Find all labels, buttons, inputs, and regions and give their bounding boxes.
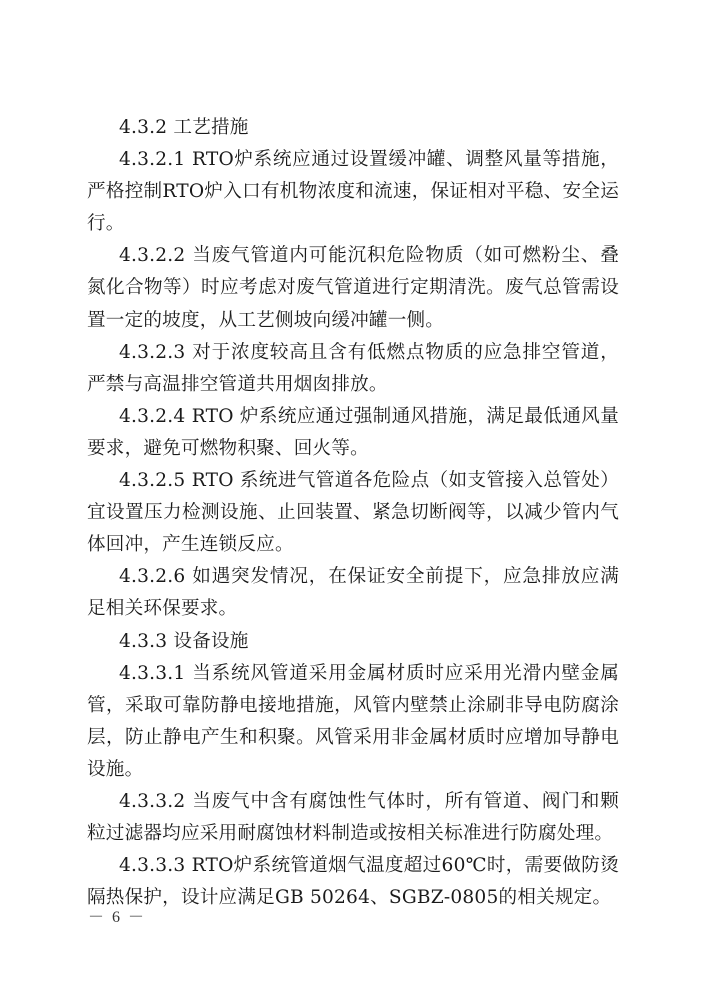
paragraph-4-3-2-5: 4.3.2.5 RTO 系统进气管道各危险点（如支管接入总管处）宜设置压力检测设… xyxy=(87,465,619,561)
paragraph-4-3-3-1: 4.3.3.1 当系统风管道采用金属材质时应采用光滑内壁金属管，采取可靠防静电接… xyxy=(87,658,619,786)
document-body: 4.3.2 工艺措施 4.3.2.1 RTO炉系统应通过设置缓冲罐、调整风量等措… xyxy=(87,112,619,914)
section-heading-4-3-3: 4.3.3 设备设施 xyxy=(87,626,619,658)
section-heading-4-3-2: 4.3.2 工艺措施 xyxy=(87,112,619,144)
paragraph-4-3-2-2: 4.3.2.2 当废气管道内可能沉积危险物质（如可燃粉尘、叠氮化合物等）时应考虑… xyxy=(87,240,619,336)
paragraph-4-3-3-2: 4.3.3.2 当废气中含有腐蚀性气体时，所有管道、阀门和颗粒过滤器均应采用耐腐… xyxy=(87,786,619,850)
paragraph-4-3-2-4: 4.3.2.4 RTO 炉系统应通过强制通风措施，满足最低通风量要求，避免可燃物… xyxy=(87,401,619,465)
paragraph-4-3-2-6: 4.3.2.6 如遇突发情况，在保证安全前提下，应急排放应满足相关环保要求。 xyxy=(87,561,619,625)
page-number: － 6 － xyxy=(88,904,146,927)
paragraph-4-3-3-3: 4.3.3.3 RTO炉系统管道烟气温度超过60℃时，需要做防烫隔热保护，设计应… xyxy=(87,850,619,914)
paragraph-4-3-2-3: 4.3.2.3 对于浓度较高且含有低燃点物质的应急排空管道，严禁与高温排空管道共… xyxy=(87,337,619,401)
paragraph-4-3-2-1: 4.3.2.1 RTO炉系统应通过设置缓冲罐、调整风量等措施，严格控制RTO炉入… xyxy=(87,144,619,240)
